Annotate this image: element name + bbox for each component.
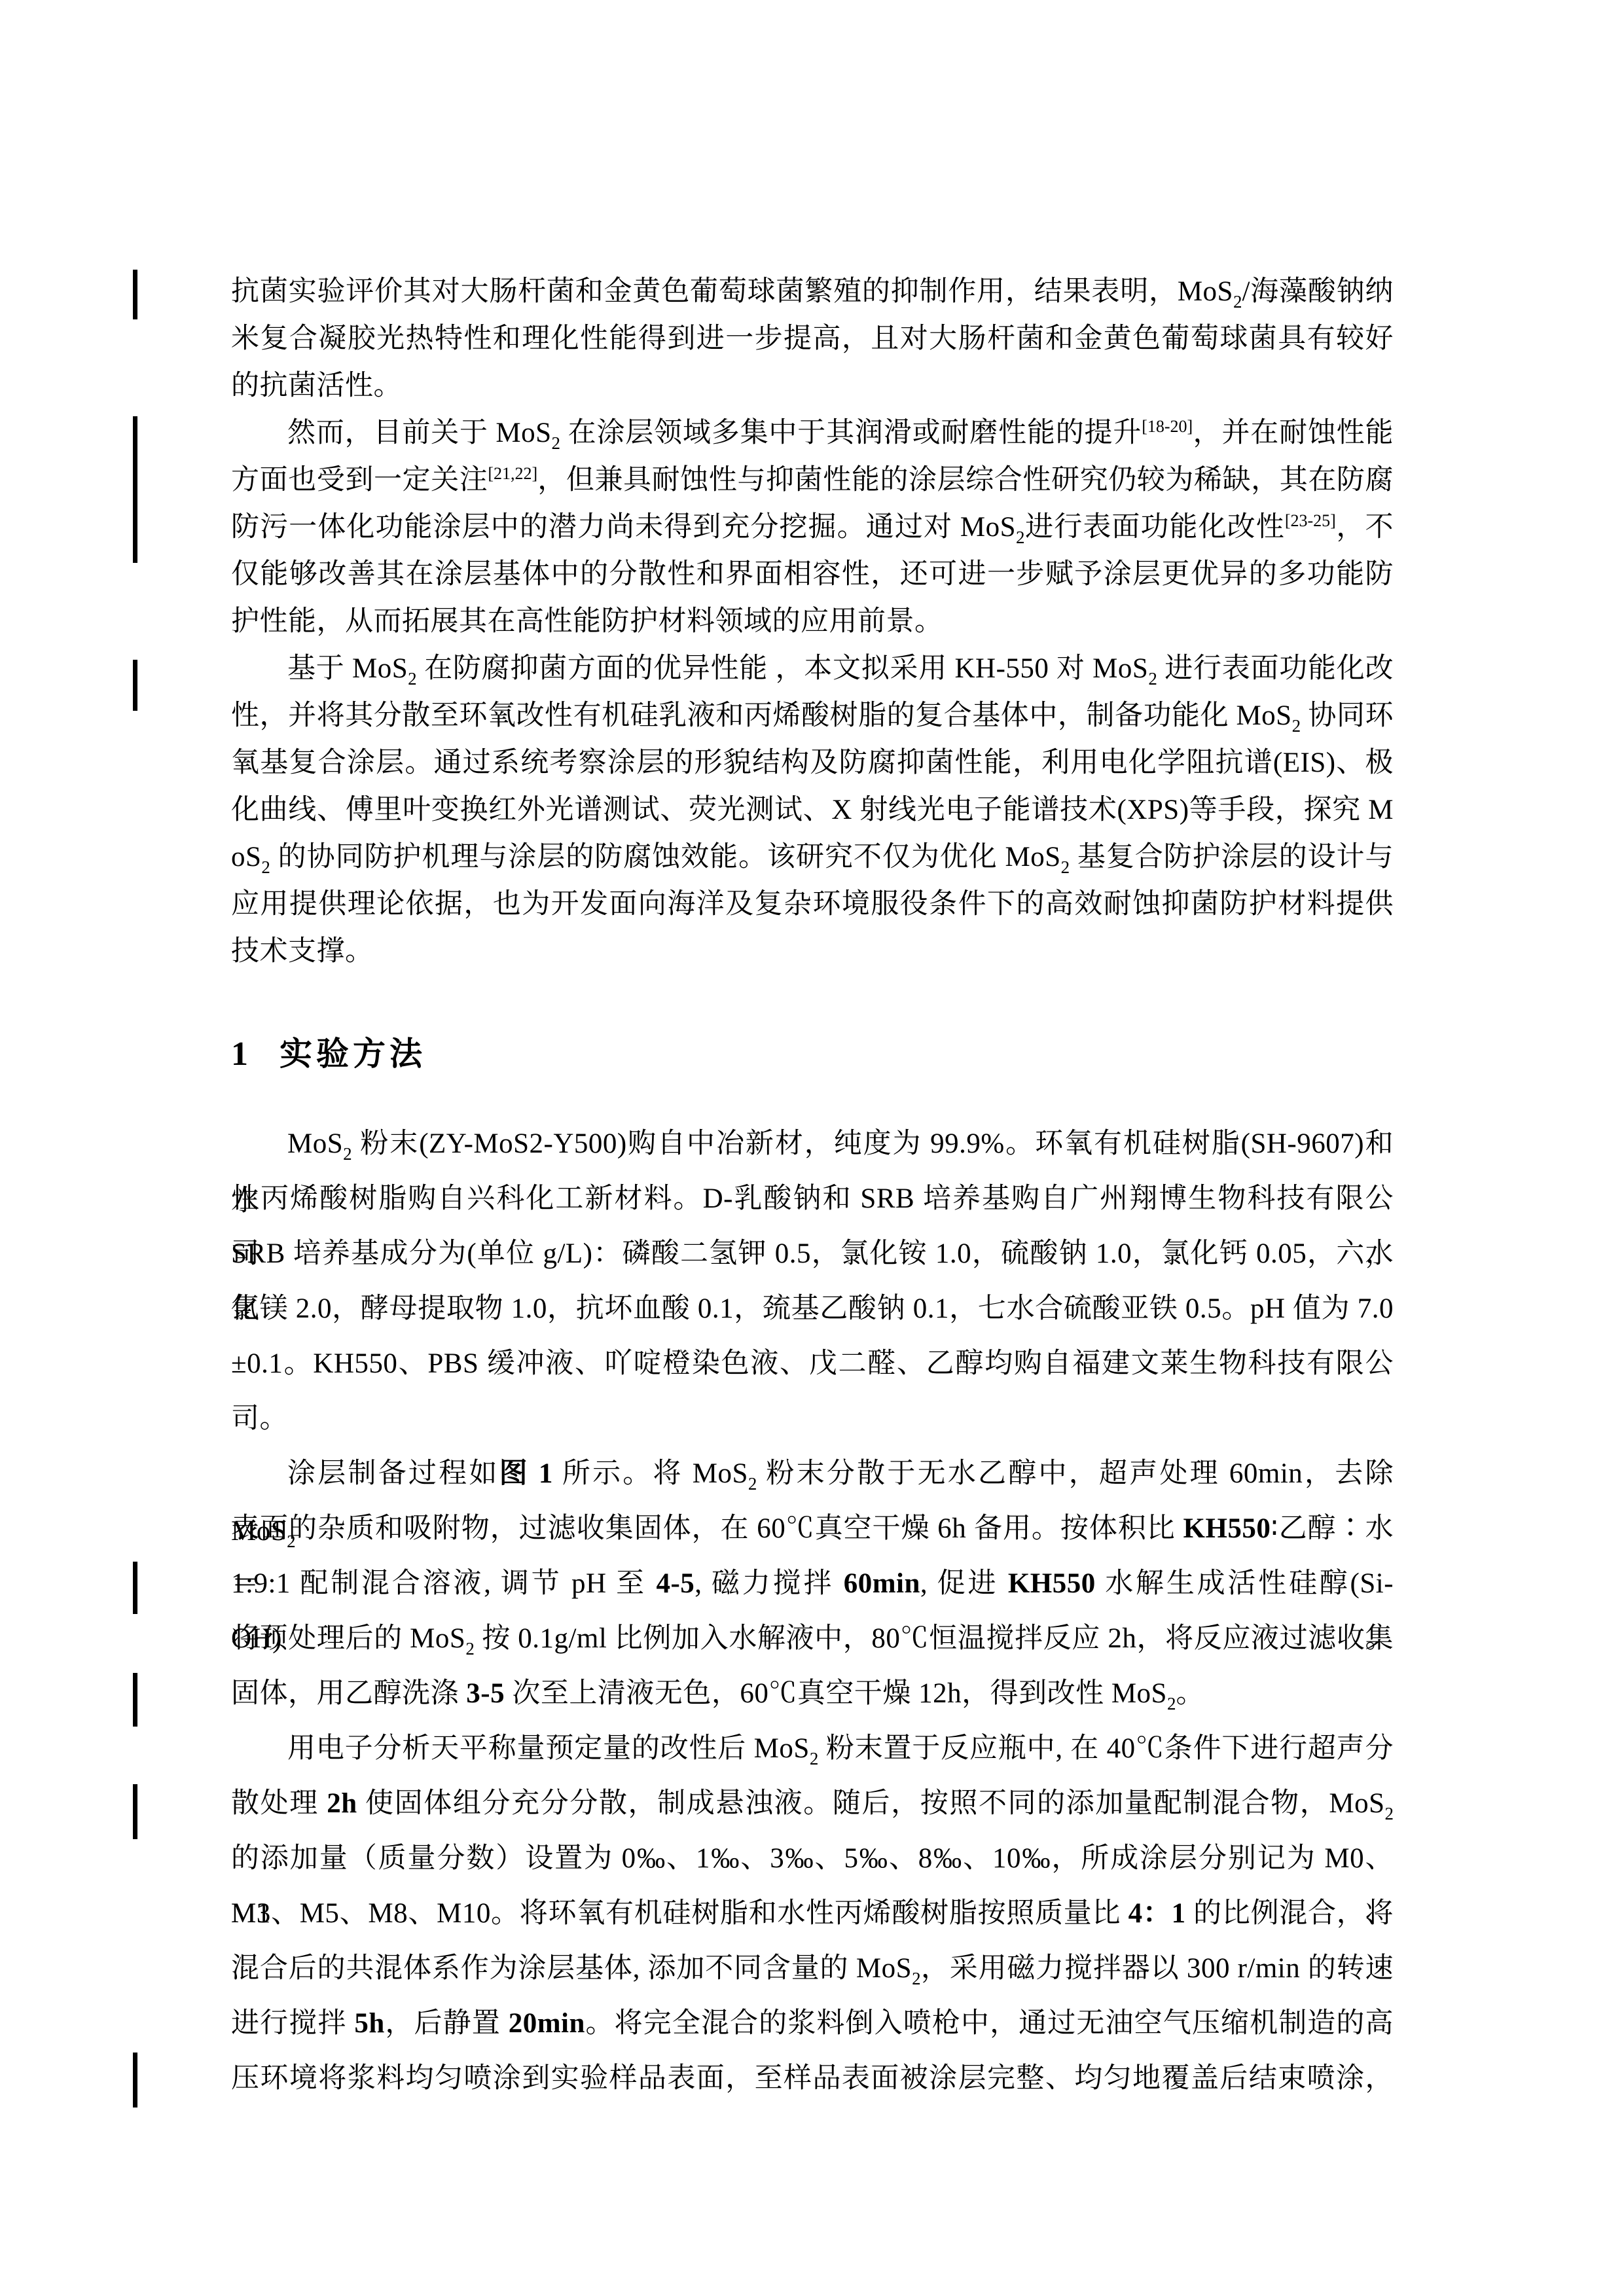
text-line: 固体，用乙醇洗涤 3-5 次至上清液无色，60℃真空干燥 12h，得到改性 Mo… [231, 1666, 1394, 1721]
text-line: 方面也受到一定关注[21,22]，但兼具耐蚀性与抑菌性能的涂层综合性研究仍较为稀… [231, 457, 1394, 504]
text-line: 用电子分析天平称量预定量的改性后 MoS2 粉末置于反应瓶中, 在 40℃条件下… [231, 1721, 1394, 1776]
text-line: 混合后的共混体系作为涂层基体, 添加不同含量的 MoS2，采用磁力搅拌器以 30… [231, 1941, 1394, 1996]
change-bar [133, 2053, 137, 2108]
section-heading: 1 实验方法 [231, 1033, 426, 1075]
text-line: 涂层制备过程如图 1 所示。将 MoS2 粉末分散于无水乙醇中，超声处理 60m… [231, 1446, 1394, 1501]
text-line: 的抗菌活性。 [231, 363, 1394, 410]
intro-paragraphs: 抗菌实验评价其对大肠杆菌和金黄色葡萄球菌繁殖的抑制作用，结果表明，MoS2/海藻… [231, 268, 1394, 975]
text-line: oS2 的协同防护机理与涂层的防腐蚀效能。该研究不仅为优化 MoS2 基复合防护… [231, 834, 1394, 881]
text-line: M3、M5、M8、M10。将环氧有机硅树脂和水性丙烯酸树脂按照质量比 4：1 的… [231, 1886, 1394, 1941]
text-line: 基于 MoS2 在防腐抑菌方面的优异性能 ，本文拟采用 KH-550 对 MoS… [231, 645, 1394, 692]
text-line: 防污一体化功能涂层中的潜力尚未得到充分挖掘。通过对 MoS2进行表面功能化改性[… [231, 504, 1394, 551]
change-bar [133, 416, 137, 563]
text-line: 化曲线、傅里叶变换红外光谱测试、荧光测试、X 射线光电子能谱技术(XPS)等手段… [231, 787, 1394, 834]
text-line: 1:9:1 配制混合溶液, 调节 pH 至 4-5, 磁力搅拌 60min, 促… [231, 1556, 1394, 1611]
text-line: 仅能够改善其在涂层基体中的分散性和界面相容性，还可进一步赋予涂层更优异的多功能防 [231, 551, 1394, 598]
text-line: 应用提供理论依据，也为开发面向海洋及复杂环境服役条件下的高效耐蚀抑菌防护材料提供 [231, 881, 1394, 928]
text-line: SRB 培养基成分为(单位 g/L)：磷酸二氢钾 0.5，氯化铵 1.0，硫酸钠… [231, 1227, 1394, 1282]
text-line: 技术支撑。 [231, 928, 1394, 975]
text-line: 护性能，从而拓展其在高性能防护材料领域的应用前景。 [231, 598, 1394, 645]
change-bar [133, 270, 137, 319]
text-line: 进行搅拌 5h，后静置 20min。将完全混合的浆料倒入喷枪中，通过无油空气压缩… [231, 1996, 1394, 2051]
section-number: 1 [231, 1035, 248, 1073]
method-paragraphs: MoS2 粉末(ZY-MoS2-Y500)购自中冶新材，纯度为 99.9%。环氧… [231, 1117, 1394, 2106]
text-line: ±0.1。KH550、PBS 缓冲液、吖啶橙染色液、戊二醛、乙醇均购自福建文莱生… [231, 1336, 1394, 1391]
text-line: 司。 [231, 1391, 1394, 1446]
text-line: 性，并将其分散至环氧改性有机硅乳液和丙烯酸树脂的复合基体中，制备功能化 MoS2… [231, 692, 1394, 740]
text-line: 氧基复合涂层。通过系统考察涂层的形貌结构及防腐抑菌性能，利用电化学阻抗谱(EIS… [231, 740, 1394, 787]
section-title: 实验方法 [280, 1035, 426, 1072]
text-line: 散处理 2h 使固体组分充分分散，制成悬浊液。随后，按照不同的添加量配制混合物，… [231, 1776, 1394, 1831]
document-page: 抗菌实验评价其对大肠杆菌和金黄色葡萄球菌繁殖的抑制作用，结果表明，MoS2/海藻… [0, 0, 1624, 2296]
text-line: MoS2 粉末(ZY-MoS2-Y500)购自中冶新材，纯度为 99.9%。环氧… [231, 1117, 1394, 1172]
text-line: 压环境将浆料均匀喷涂到实验样品表面，至样品表面被涂层完整、均匀地覆盖后结束喷涂， [231, 2051, 1394, 2106]
text-line: 的添加量（质量分数）设置为 0‰、1‰、3‰、5‰、8‰、10‰，所成涂层分别记… [231, 1831, 1394, 1886]
text-line: 性丙烯酸树脂购自兴科化工新材料。D-乳酸钠和 SRB 培养基购自广州翔博生物科技… [231, 1172, 1394, 1227]
text-line: 化镁 2.0，酵母提取物 1.0，抗坏血酸 0.1，巯基乙酸钠 0.1，七水合硫… [231, 1282, 1394, 1336]
change-bar [133, 1673, 137, 1727]
change-bar [133, 660, 137, 711]
text-line: 抗菌实验评价其对大肠杆菌和金黄色葡萄球菌繁殖的抑制作用，结果表明，MoS2/海藻… [231, 268, 1394, 315]
text-line: 米复合凝胶光热特性和理化性能得到进一步提高，且对大肠杆菌和金黄色葡萄球菌具有较好 [231, 315, 1394, 363]
text-line: 将预处理后的 MoS2 按 0.1g/ml 比例加入水解液中，80℃恒温搅拌反应… [231, 1611, 1394, 1666]
change-bar [133, 1784, 137, 1839]
change-bar [133, 1562, 137, 1614]
text-line: 然而，目前关于 MoS2 在涂层领域多集中于其润滑或耐磨性能的提升[18-20]… [231, 410, 1394, 457]
text-line: 表面的杂质和吸附物，过滤收集固体，在 60℃真空干燥 6h 备用。按体积比 KH… [231, 1501, 1394, 1556]
